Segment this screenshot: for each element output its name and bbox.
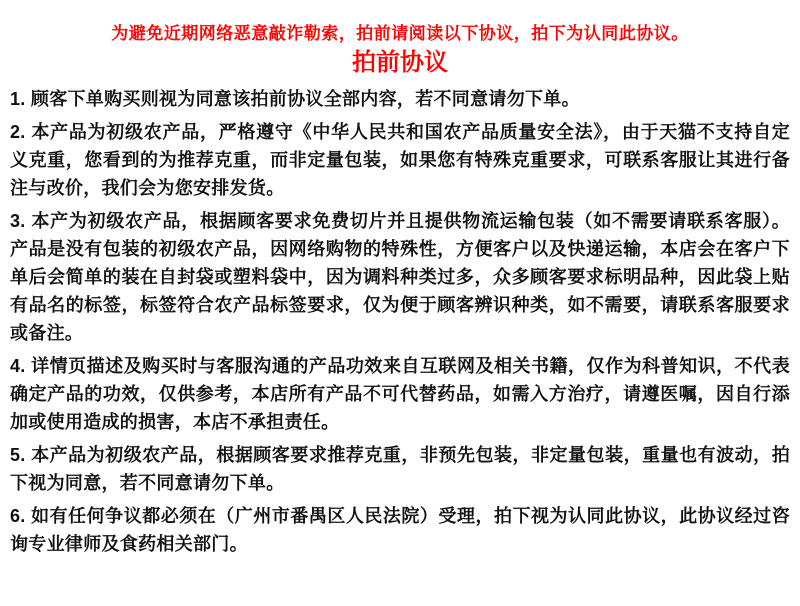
agreement-item-4: 4. 详情页描述及购买时与客服沟通的产品功效来自互联网及相关书籍，仅作为科普知识… bbox=[10, 352, 790, 436]
agreement-body: 1. 顾客下单购买则视为同意该拍前协议全部内容，若不同意请勿下单。 2. 本产品… bbox=[10, 85, 790, 558]
agreement-item-5: 5. 本产品为初级农产品，根据顾客要求推荐克重，非预先包装，非定量包装，重量也有… bbox=[10, 441, 790, 497]
agreement-item-6: 6. 如有任何争议都必须在（广州市番禺区人民法院）受理，拍下视为认同此协议，此协… bbox=[10, 502, 790, 558]
agreement-item-1: 1. 顾客下单购买则视为同意该拍前协议全部内容，若不同意请勿下单。 bbox=[10, 85, 790, 113]
agreement-item-3: 3. 本产为初级农产品，根据顾客要求免费切片并且提供物流运输包装（如不需要请联系… bbox=[10, 207, 790, 347]
anti-extortion-warning-text: 为避免近期网络恶意敲诈勒索，拍前请阅读以下协议，拍下为认同此协议。 bbox=[10, 24, 790, 44]
page-title: 拍前协议 bbox=[0, 50, 800, 76]
agreement-item-2: 2. 本产品为初级农产品，严格遵守《中华人民共和国农产品质量安全法》，由于天猫不… bbox=[10, 118, 790, 202]
agreement-page: 为避免近期网络恶意敲诈勒索，拍前请阅读以下协议，拍下为认同此协议。 拍前协议 1… bbox=[0, 0, 800, 606]
